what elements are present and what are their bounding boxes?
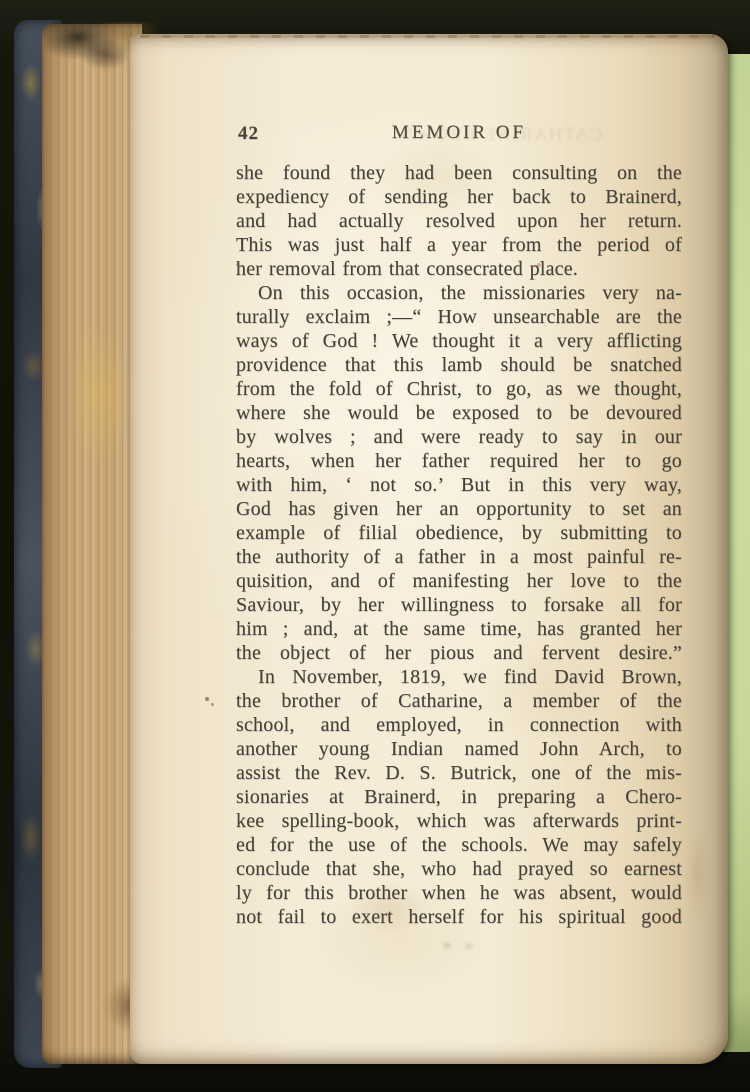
text-line: school, and employed, in connection with xyxy=(236,713,682,737)
text-line: the authority of a father in a most pain… xyxy=(236,545,682,569)
page-header: 42 CATHARINE BROWN. MEMOIR OF xyxy=(236,122,682,148)
text-line: not fail to exert herself for his spirit… xyxy=(236,905,682,929)
signature-bleedthrough xyxy=(438,937,482,954)
text-line: sionaries at Brainerd, in preparing a Ch… xyxy=(236,785,682,809)
text-line: by wolves ; and were ready to say in our xyxy=(236,425,682,449)
text-line: another young Indian named John Arch, to xyxy=(236,737,682,761)
text-line: and had actually resolved upon her retur… xyxy=(236,209,682,233)
book-page: 42 CATHARINE BROWN. MEMOIR OF she found … xyxy=(130,34,728,1064)
text-line: example of filial obedience, by submitti… xyxy=(236,521,682,545)
text-line: with him, ‘ not so.’ But in this very wa… xyxy=(236,473,682,497)
text-line: Saviour, by her willingness to forsake a… xyxy=(236,593,682,617)
text-line: the object of her pious and fervent desi… xyxy=(236,641,682,665)
ink-speck xyxy=(205,697,209,701)
text-line: turally exclaim ;—“ How unsearchable are… xyxy=(236,305,682,329)
stain xyxy=(682,812,714,937)
text-line: conclude that she, who had prayed so ear… xyxy=(236,857,682,881)
text-line: her removal from that consecrated place. xyxy=(236,257,682,281)
text-line: On this occasion, the missionaries very … xyxy=(236,281,682,305)
text-line: kee spelling-book, which was afterwards … xyxy=(236,809,682,833)
text-line: quisition, and of manifesting her love t… xyxy=(236,569,682,593)
text-line: she found they had been consulting on th… xyxy=(236,161,682,185)
text-line: him ; and, at the same time, has granted… xyxy=(236,617,682,641)
text-line: hearts, when her father required her to … xyxy=(236,449,682,473)
body-text: she found they had been consulting on th… xyxy=(236,161,682,929)
text-line: In November, 1819, we find David Brown, xyxy=(236,665,682,689)
photo-background: 42 CATHARINE BROWN. MEMOIR OF she found … xyxy=(0,0,750,1092)
text-line: from the fold of Christ, to go, as we th… xyxy=(236,377,682,401)
text-line: ed for the use of the schools. We may sa… xyxy=(236,833,682,857)
text-line: God has given her an opportunity to set … xyxy=(236,497,682,521)
page-content: 42 CATHARINE BROWN. MEMOIR OF she found … xyxy=(236,122,682,929)
text-line: providence that this lamb should be snat… xyxy=(236,353,682,377)
text-line: expediency of sending her back to Braine… xyxy=(236,185,682,209)
stain xyxy=(56,290,140,500)
page-top-edge xyxy=(140,35,715,38)
page-edges-stack xyxy=(42,24,142,1064)
text-line: ly for this brother when he was absent, … xyxy=(236,881,682,905)
ink-speck xyxy=(211,703,214,706)
text-line: ways of God ! We thought it a very affli… xyxy=(236,329,682,353)
text-line: where she would be exposed to be devoure… xyxy=(236,401,682,425)
text-line: the brother of Catharine, a member of th… xyxy=(236,689,682,713)
running-header: MEMOIR OF xyxy=(236,122,682,144)
text-line: assist the Rev. D. S. Butrick, one of th… xyxy=(236,761,682,785)
text-line: This was just half a year from the perio… xyxy=(236,233,682,257)
